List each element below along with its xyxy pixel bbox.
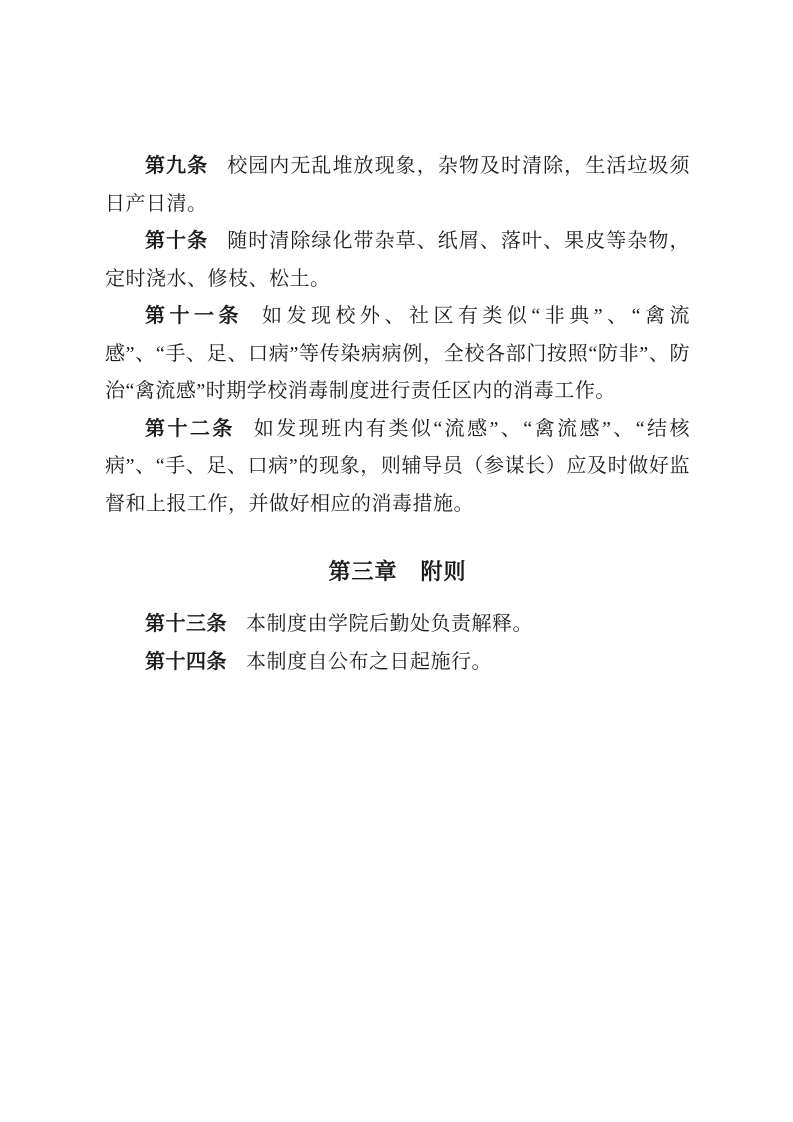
- article-number: 第十一条: [145, 305, 243, 327]
- article-text: 本制度自公布之日起施行。: [246, 651, 492, 673]
- article-number: 第十条: [145, 230, 208, 252]
- article-paragraph-10: 第十条随时清除绿化带杂草、纸屑、落叶、果皮等杂物，定时浇水、修枝、松土。: [105, 223, 690, 298]
- article-paragraph-13: 第十三条本制度由学院后勤处负责解释。: [105, 606, 690, 644]
- article-number: 第十三条: [145, 613, 227, 635]
- article-paragraph-11: 第十一条如发现校外、社区有类似“非典”、“禽流感”、“手、足、口病”等传染病病例…: [105, 298, 690, 411]
- chapter-heading: 第三章 附则: [105, 552, 690, 592]
- article-paragraph-12: 第十二条如发现班内有类似“流感”、“禽流感”、“结核病”、“手、足、口病”的现象…: [105, 411, 690, 524]
- article-text: 本制度由学院后勤处负责解释。: [246, 613, 533, 635]
- article-paragraph-14: 第十四条本制度自公布之日起施行。: [105, 644, 690, 682]
- article-number: 第九条: [145, 155, 208, 177]
- article-number: 第十四条: [145, 651, 227, 673]
- document-page: 第九条校园内无乱堆放现象，杂物及时清除，生活垃圾须日产日清。 第十条随时清除绿化…: [0, 0, 793, 1122]
- article-paragraph-9: 第九条校园内无乱堆放现象，杂物及时清除，生活垃圾须日产日清。: [105, 148, 690, 223]
- article-number: 第十二条: [145, 418, 235, 440]
